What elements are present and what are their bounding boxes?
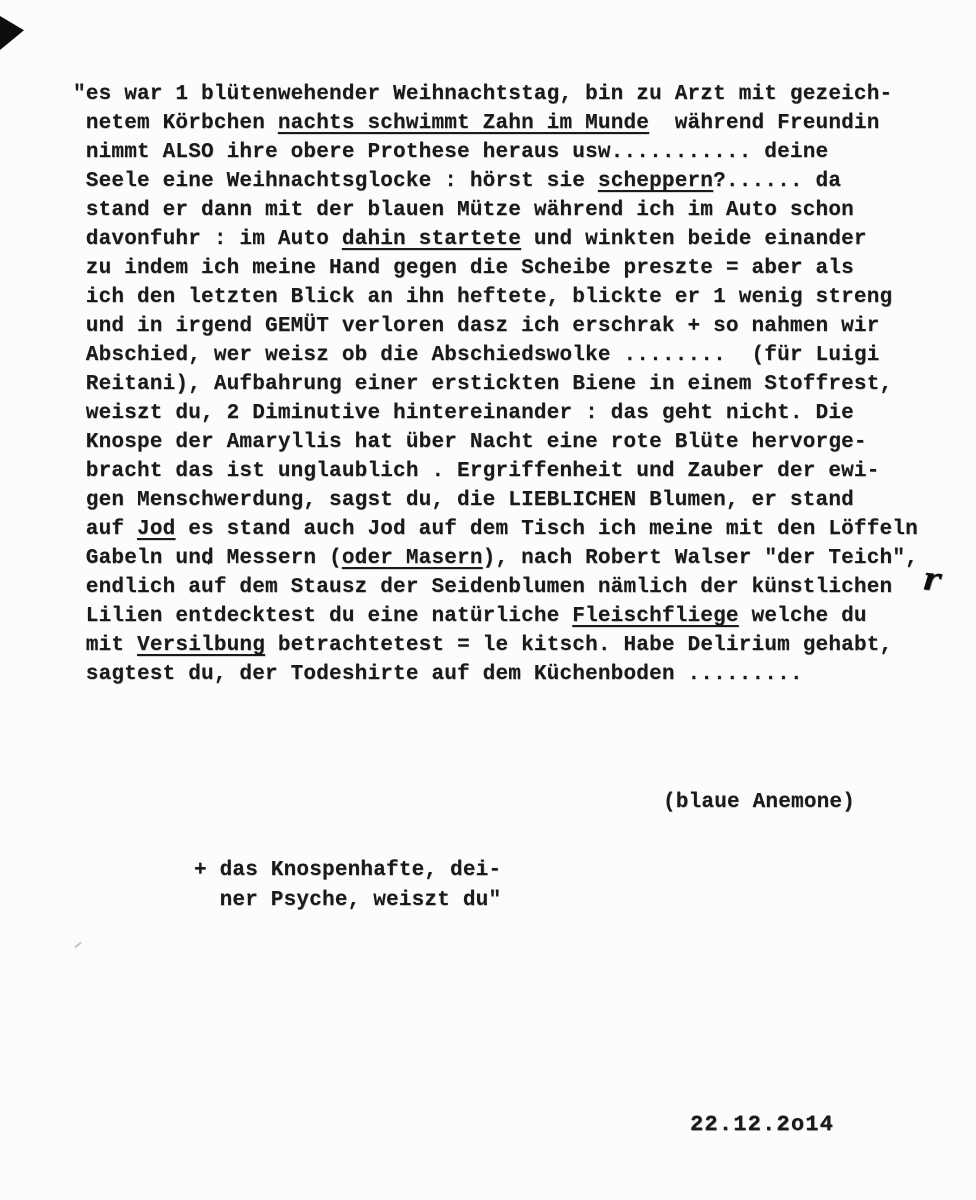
text-run: Knospe der Amaryllis hat über Nacht eine…	[73, 431, 867, 454]
underlined-text: Fleischfliege	[572, 605, 738, 628]
text-line: ich den letzten Blick an ihn heftete, bl…	[73, 283, 918, 312]
underlined-text: scheppern	[598, 170, 713, 193]
text-line: mit Versilbung betrachtetest = le kitsch…	[73, 631, 918, 660]
scan-artifact-speck	[74, 942, 81, 949]
text-run: während Freundin	[649, 112, 879, 135]
text-run: es stand auch Jod auf dem Tisch ich mein…	[175, 518, 918, 541]
text-line: Reitani), Aufbahrung einer erstickten Bi…	[73, 370, 918, 399]
text-line: weiszt du, 2 Diminutive hintereinander :…	[73, 399, 918, 428]
text-run: Lilien entdecktest du eine natürliche	[73, 605, 572, 628]
text-line: davonfuhr : im Auto dahin startete und w…	[73, 225, 918, 254]
typewritten-text: "es war 1 blütenwehender Weihnachtstag, …	[73, 80, 918, 689]
closing-verse: + das Knospenhafte, dei- ner Psyche, wei…	[194, 856, 501, 916]
text-run: welche du	[739, 605, 867, 628]
handwritten-margin-note: r	[921, 559, 942, 599]
scanned-typewriter-page: "es war 1 blütenwehender Weihnachtstag, …	[0, 0, 976, 1200]
text-line: endlich auf dem Stausz der Seidenblumen …	[73, 573, 918, 602]
text-run: endlich auf dem Stausz der Seidenblumen …	[73, 576, 892, 599]
typed-date: 22.12.2o14	[690, 1112, 834, 1137]
text-run: Seele eine Weihnachtsglocke : hörst sie	[73, 170, 598, 193]
text-line: auf Jod es stand auch Jod auf dem Tisch …	[73, 515, 918, 544]
text-run: Abschied, wer weisz ob die Abschiedswolk…	[73, 344, 880, 367]
text-run: betrachtetest = le kitsch. Habe Delirium…	[265, 634, 892, 657]
text-line: Seele eine Weihnachtsglocke : hörst sie …	[73, 167, 918, 196]
underlined-text: Versilbung	[137, 634, 265, 657]
scan-artifact-corner-wedge	[0, 16, 24, 50]
text-line: gen Menschwerdung, sagst du, die LIEBLIC…	[73, 486, 918, 515]
text-line: netem Körbchen nachts schwimmt Zahn im M…	[73, 109, 918, 138]
text-run: zu indem ich meine Hand gegen die Scheib…	[73, 257, 854, 280]
text-run: und in irgend GEMÜT verloren dasz ich er…	[73, 315, 880, 338]
text-run: netem Körbchen	[73, 112, 278, 135]
text-run: davonfuhr : im Auto	[73, 228, 342, 251]
text-line: zu indem ich meine Hand gegen die Scheib…	[73, 254, 918, 283]
text-run: ), nach Robert Walser "der Teich",	[483, 547, 918, 570]
underlined-text: Jod	[137, 518, 175, 541]
text-line: Knospe der Amaryllis hat über Nacht eine…	[73, 428, 918, 457]
underlined-text: dahin startete	[342, 228, 521, 251]
text-line: und in irgend GEMÜT verloren dasz ich er…	[73, 312, 918, 341]
text-line: Abschied, wer weisz ob die Abschiedswolk…	[73, 341, 918, 370]
text-line: stand er dann mit der blauen Mütze währe…	[73, 196, 918, 225]
text-run: "es war 1 blütenwehender Weihnachtstag, …	[73, 83, 892, 106]
text-run: mit	[73, 634, 137, 657]
text-run: bracht das ist unglaublich . Ergriffenhe…	[73, 460, 880, 483]
text-run: und winkten beide einander	[521, 228, 867, 251]
text-run: ?...... da	[713, 170, 841, 193]
text-run: Reitani), Aufbahrung einer erstickten Bi…	[73, 373, 892, 396]
text-run: nimmt ALSO ihre obere Prothese heraus us…	[73, 141, 828, 164]
text-line: Gabeln und Messern (oder Masern), nach R…	[73, 544, 918, 573]
text-run: stand er dann mit der blauen Mütze währe…	[73, 199, 854, 222]
text-line: Lilien entdecktest du eine natürliche Fl…	[73, 602, 918, 631]
underlined-text: nachts schwimmt Zahn im Munde	[278, 112, 649, 135]
text-line: "es war 1 blütenwehender Weihnachtstag, …	[73, 80, 918, 109]
text-run: weiszt du, 2 Diminutive hintereinander :…	[73, 402, 854, 425]
underlined-text: oder Masern	[342, 547, 483, 570]
text-line: bracht das ist unglaublich . Ergriffenhe…	[73, 457, 918, 486]
text-run: sagtest du, der Todeshirte auf dem Küche…	[73, 663, 803, 686]
text-line: nimmt ALSO ihre obere Prothese heraus us…	[73, 138, 918, 167]
text-run: auf	[73, 518, 137, 541]
text-run: ich den letzten Blick an ihn heftete, bl…	[73, 286, 892, 309]
text-run: gen Menschwerdung, sagst du, die LIEBLIC…	[73, 489, 854, 512]
text-line: sagtest du, der Todeshirte auf dem Küche…	[73, 660, 918, 689]
attribution-line: (blaue Anemone)	[663, 791, 855, 814]
